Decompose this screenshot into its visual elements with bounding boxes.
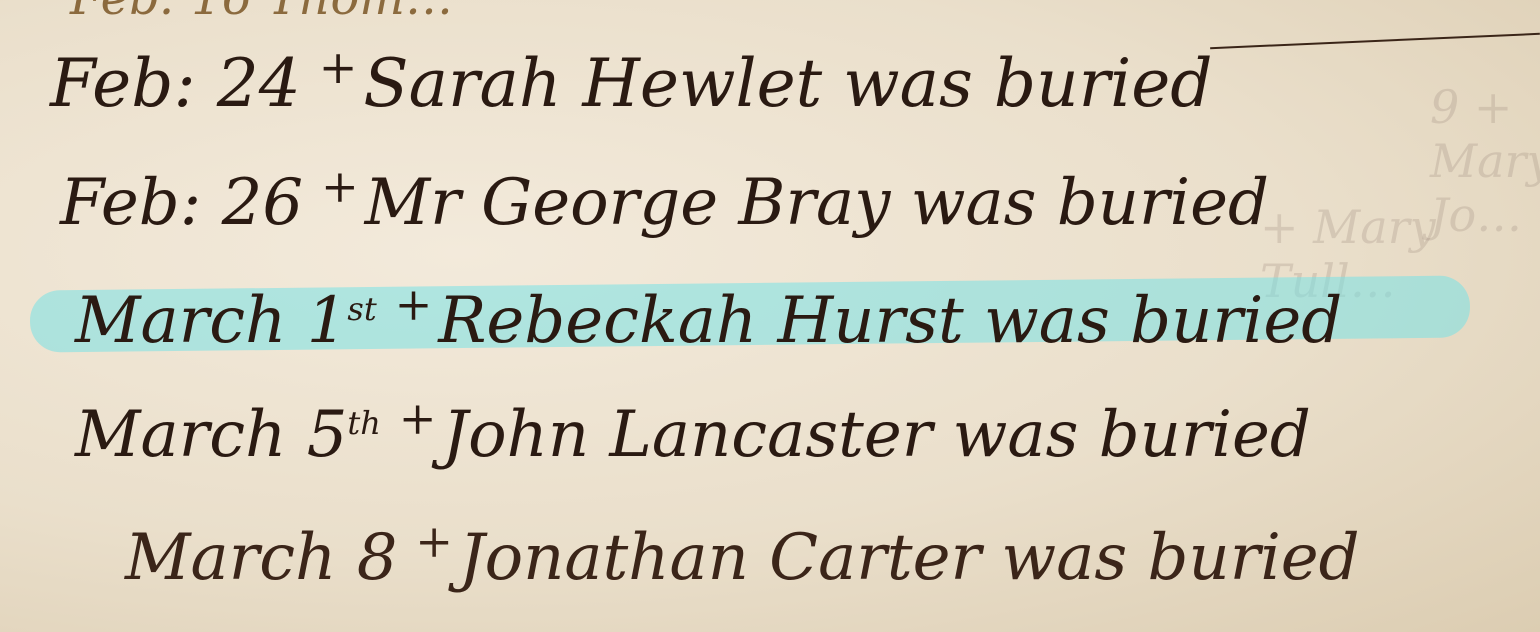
burial-cross-mark: + bbox=[395, 278, 433, 331]
entry-date: Feb: 16 bbox=[70, 0, 252, 26]
entry-text: Jonathan Carter was buried bbox=[459, 521, 1360, 595]
partial-top-entry: Feb: 16 Thom… bbox=[70, 0, 453, 26]
entry-date-value: March 1 bbox=[75, 284, 347, 358]
burial-cross-mark: + bbox=[319, 40, 358, 94]
entry-date: Feb: 24 bbox=[50, 45, 301, 122]
date-suffix: st bbox=[347, 290, 376, 328]
entry-date-value: March 5 bbox=[75, 398, 347, 472]
register-entry: Feb: 26+Mr George Bray was buried bbox=[60, 160, 1269, 240]
register-entry: March 8+Jonathan Carter was buried bbox=[125, 515, 1360, 595]
entry-text: Sarah Hewlet was buried bbox=[363, 45, 1212, 122]
burial-cross-mark: + bbox=[415, 515, 453, 568]
entry-date: March 8 bbox=[125, 521, 397, 595]
entry-text: John Lancaster was buried bbox=[442, 398, 1310, 472]
register-entry: March 5th+John Lancaster was buried bbox=[75, 392, 1311, 472]
entry-text: Rebeckah Hurst was buried bbox=[438, 284, 1342, 358]
entry-text: Thom… bbox=[268, 0, 453, 26]
entry-date: March 5th bbox=[75, 398, 381, 472]
register-entry-highlighted: March 1st+Rebeckah Hurst was buried bbox=[75, 278, 1342, 358]
entry-date: March 1st bbox=[75, 284, 377, 358]
burial-cross-mark: + bbox=[399, 392, 437, 445]
date-suffix: th bbox=[347, 404, 380, 442]
register-entry: Feb: 24+Sarah Hewlet was buried bbox=[50, 40, 1213, 122]
entry-date: Feb: 26 bbox=[60, 166, 303, 240]
entry-text: Mr George Bray was buried bbox=[365, 166, 1269, 240]
burial-cross-mark: + bbox=[321, 160, 359, 213]
flourish-line bbox=[1210, 33, 1540, 49]
